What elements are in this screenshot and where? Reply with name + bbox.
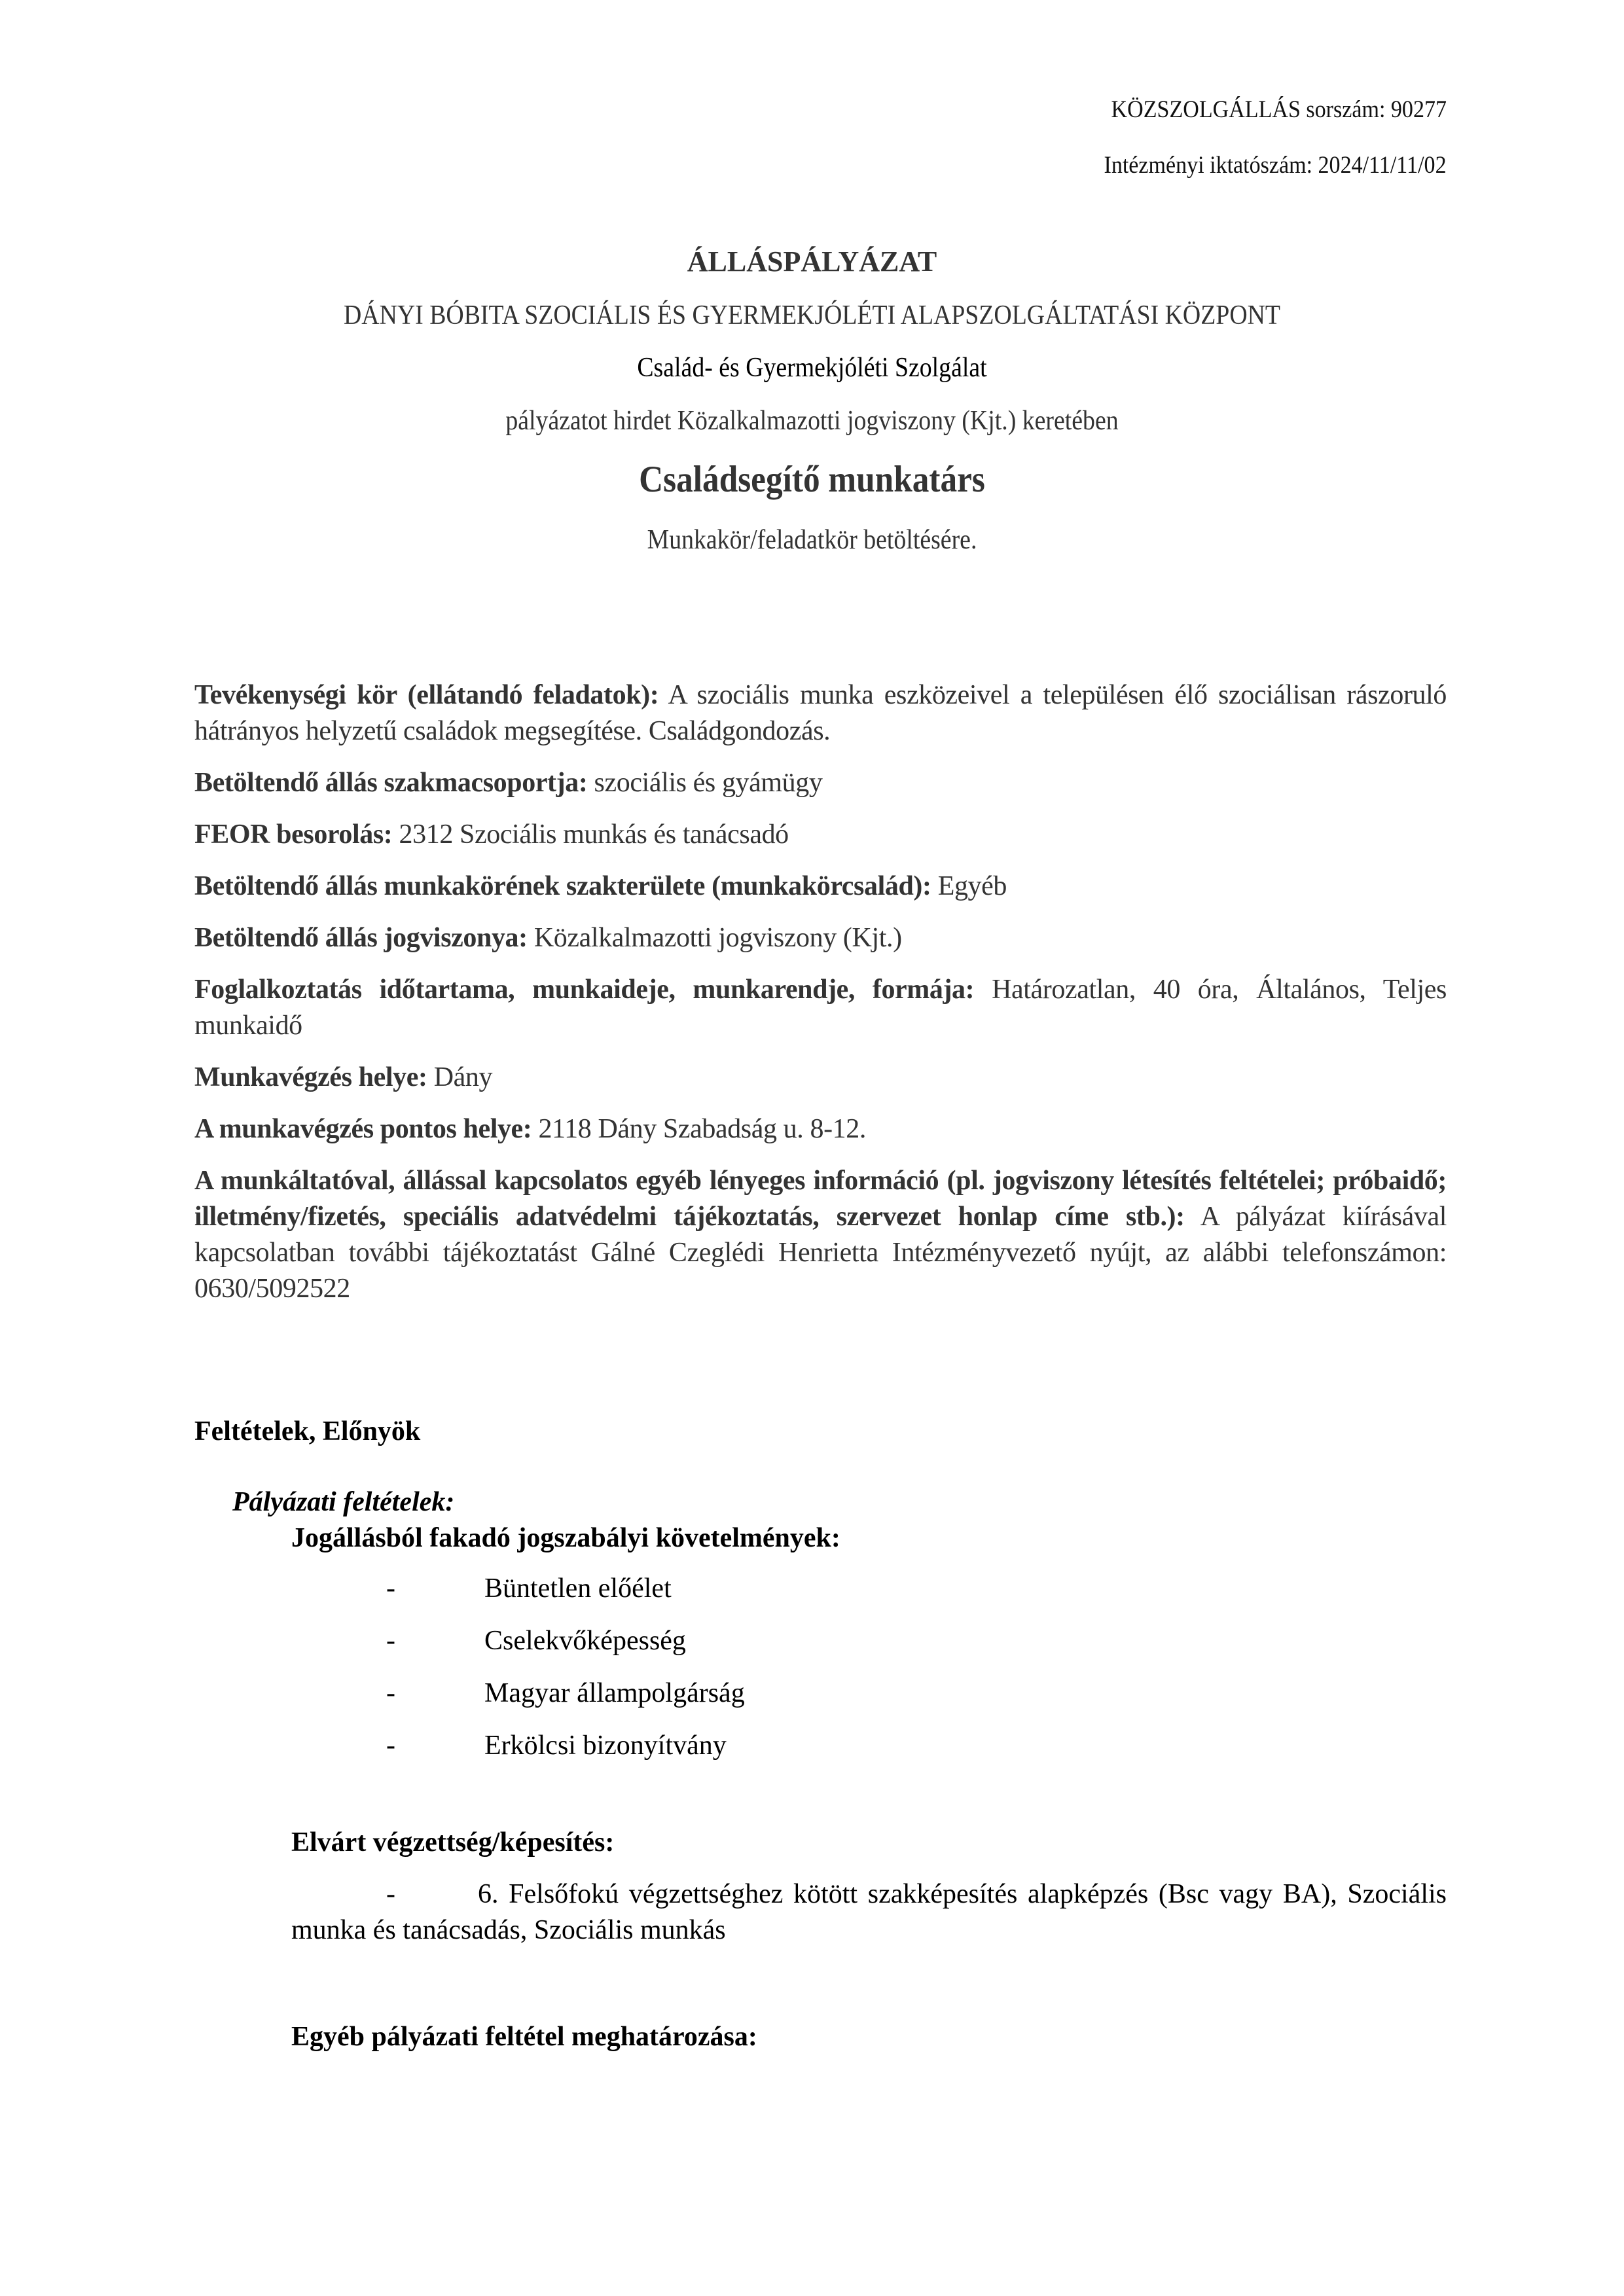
job-title: Családsegítő munkatárs [81,456,1543,503]
detail-label: FEOR besorolás: [194,819,392,850]
detail-value: Közalkalmazotti jogviszony (Kjt.) [534,923,902,953]
detail-feor: FEOR besorolás: 2312 Szociális munkás és… [194,817,1447,853]
dash-bullet: - [386,1676,484,1712]
list-item: -Büntetlen előélet [386,1571,745,1623]
legal-requirements-heading: Jogállásból fakadó jogszabályi követelmé… [291,1520,840,1556]
detail-label: Tevékenységi kör (ellátandó feladatok): [194,680,659,710]
registry-number: Intézményi iktatószám: 2024/11/11/02 [1104,151,1447,180]
list-item: -Erkölcsi bizonyítvány [386,1728,745,1780]
serial-number: KÖZSZOLGÁLLÁS sorszám: 90277 [1111,96,1447,124]
requirement-text: Erkölcsi bizonyítvány [484,1731,727,1761]
detail-value: Egyéb [938,871,1007,901]
dash-bullet: - [386,1623,484,1659]
dash-bullet: - [386,1571,484,1607]
detail-value: szociális és gyámügy [594,768,823,798]
job-details: Tevékenységi kör (ellátandó feladatok): … [194,677,1447,1323]
requirement-text: Büntetlen előélet [484,1573,672,1604]
education-heading: Elvárt végzettség/képesítés: [291,1825,614,1861]
detail-professional-group: Betöltendő állás szakmacsoportja: szociá… [194,765,1447,801]
detail-exact-address: A munkavégzés pontos helye: 2118 Dány Sz… [194,1111,1447,1147]
detail-label: Betöltendő állás munkakörének szakterüle… [194,871,931,901]
detail-other-info: A munkáltatóval, állással kapcsolatos eg… [194,1163,1447,1307]
detail-label: Munkavégzés helye: [194,1062,427,1092]
dash-bullet: - [386,1728,484,1764]
detail-legal-relationship: Betöltendő állás jogviszonya: Közalkalma… [194,920,1447,956]
requirement-text: Magyar állampolgárság [484,1678,745,1708]
document-type-title: ÁLLÁSPÁLYÁZAT [0,243,1624,280]
detail-work-location: Munkavégzés helye: Dány [194,1060,1447,1096]
unit-name: Család- és Gyermekjóléti Szolgálat [81,350,1543,386]
list-item: -Cselekvőképesség [386,1623,745,1676]
requirement-text: Cselekvőképesség [484,1626,686,1656]
organization-name: DÁNYI BÓBITA SZOCIÁLIS ÉS GYERMEKJÓLÉTI … [81,298,1543,333]
detail-label: Foglalkoztatás időtartama, munkaideje, m… [194,975,974,1005]
job-subtitle: Munkakör/feladatkör betöltésére. [81,522,1543,558]
document-page: KÖZSZOLGÁLLÁS sorszám: 90277 Intézményi … [0,0,1624,2296]
legal-requirements-list: -Büntetlen előélet -Cselekvőképesség -Ma… [386,1571,745,1780]
detail-value: Dány [434,1062,492,1092]
dash-bullet: - [386,1876,478,1912]
detail-value: 2312 Szociális munkás és tanácsadó [399,819,789,850]
list-item: -Magyar állampolgárság [386,1676,745,1728]
detail-label: A munkavégzés pontos helye: [194,1114,532,1144]
detail-employment-terms: Foglalkoztatás időtartama, munkaideje, m… [194,972,1447,1044]
application-conditions-heading: Pályázati feltételek: [232,1484,454,1520]
detail-activities: Tevékenységi kör (ellátandó feladatok): … [194,677,1447,749]
other-conditions-heading: Egyéb pályázati feltétel meghatározása: [291,2019,757,2055]
detail-label: Betöltendő állás szakmacsoportja: [194,768,587,798]
announcement-line: pályázatot hirdet Közalkalmazotti jogvis… [81,403,1543,439]
detail-label: Betöltendő állás jogviszonya: [194,923,528,953]
detail-value: 2118 Dány Szabadság u. 8-12. [539,1114,866,1144]
detail-job-family: Betöltendő állás munkakörének szakterüle… [194,869,1447,905]
conditions-heading: Feltételek, Előnyök [194,1414,420,1450]
education-requirement: -6. Felsőfokú végzettséghez kötött szakk… [291,1876,1447,1948]
